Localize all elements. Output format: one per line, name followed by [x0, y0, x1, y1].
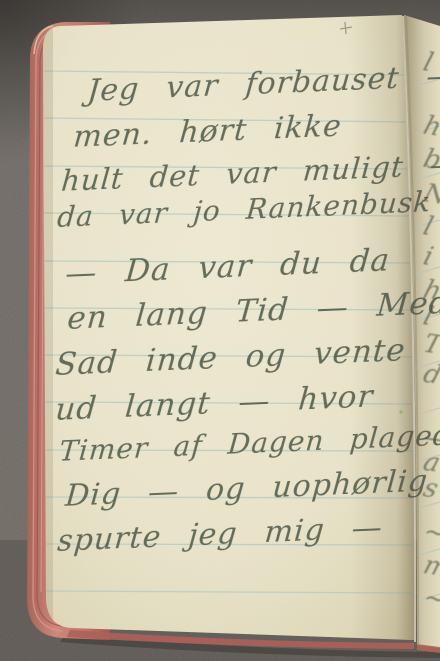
paper-speck [399, 410, 402, 413]
notebook-photo: Jeg var forbauset —. men. hørt ikke hult… [0, 0, 440, 661]
